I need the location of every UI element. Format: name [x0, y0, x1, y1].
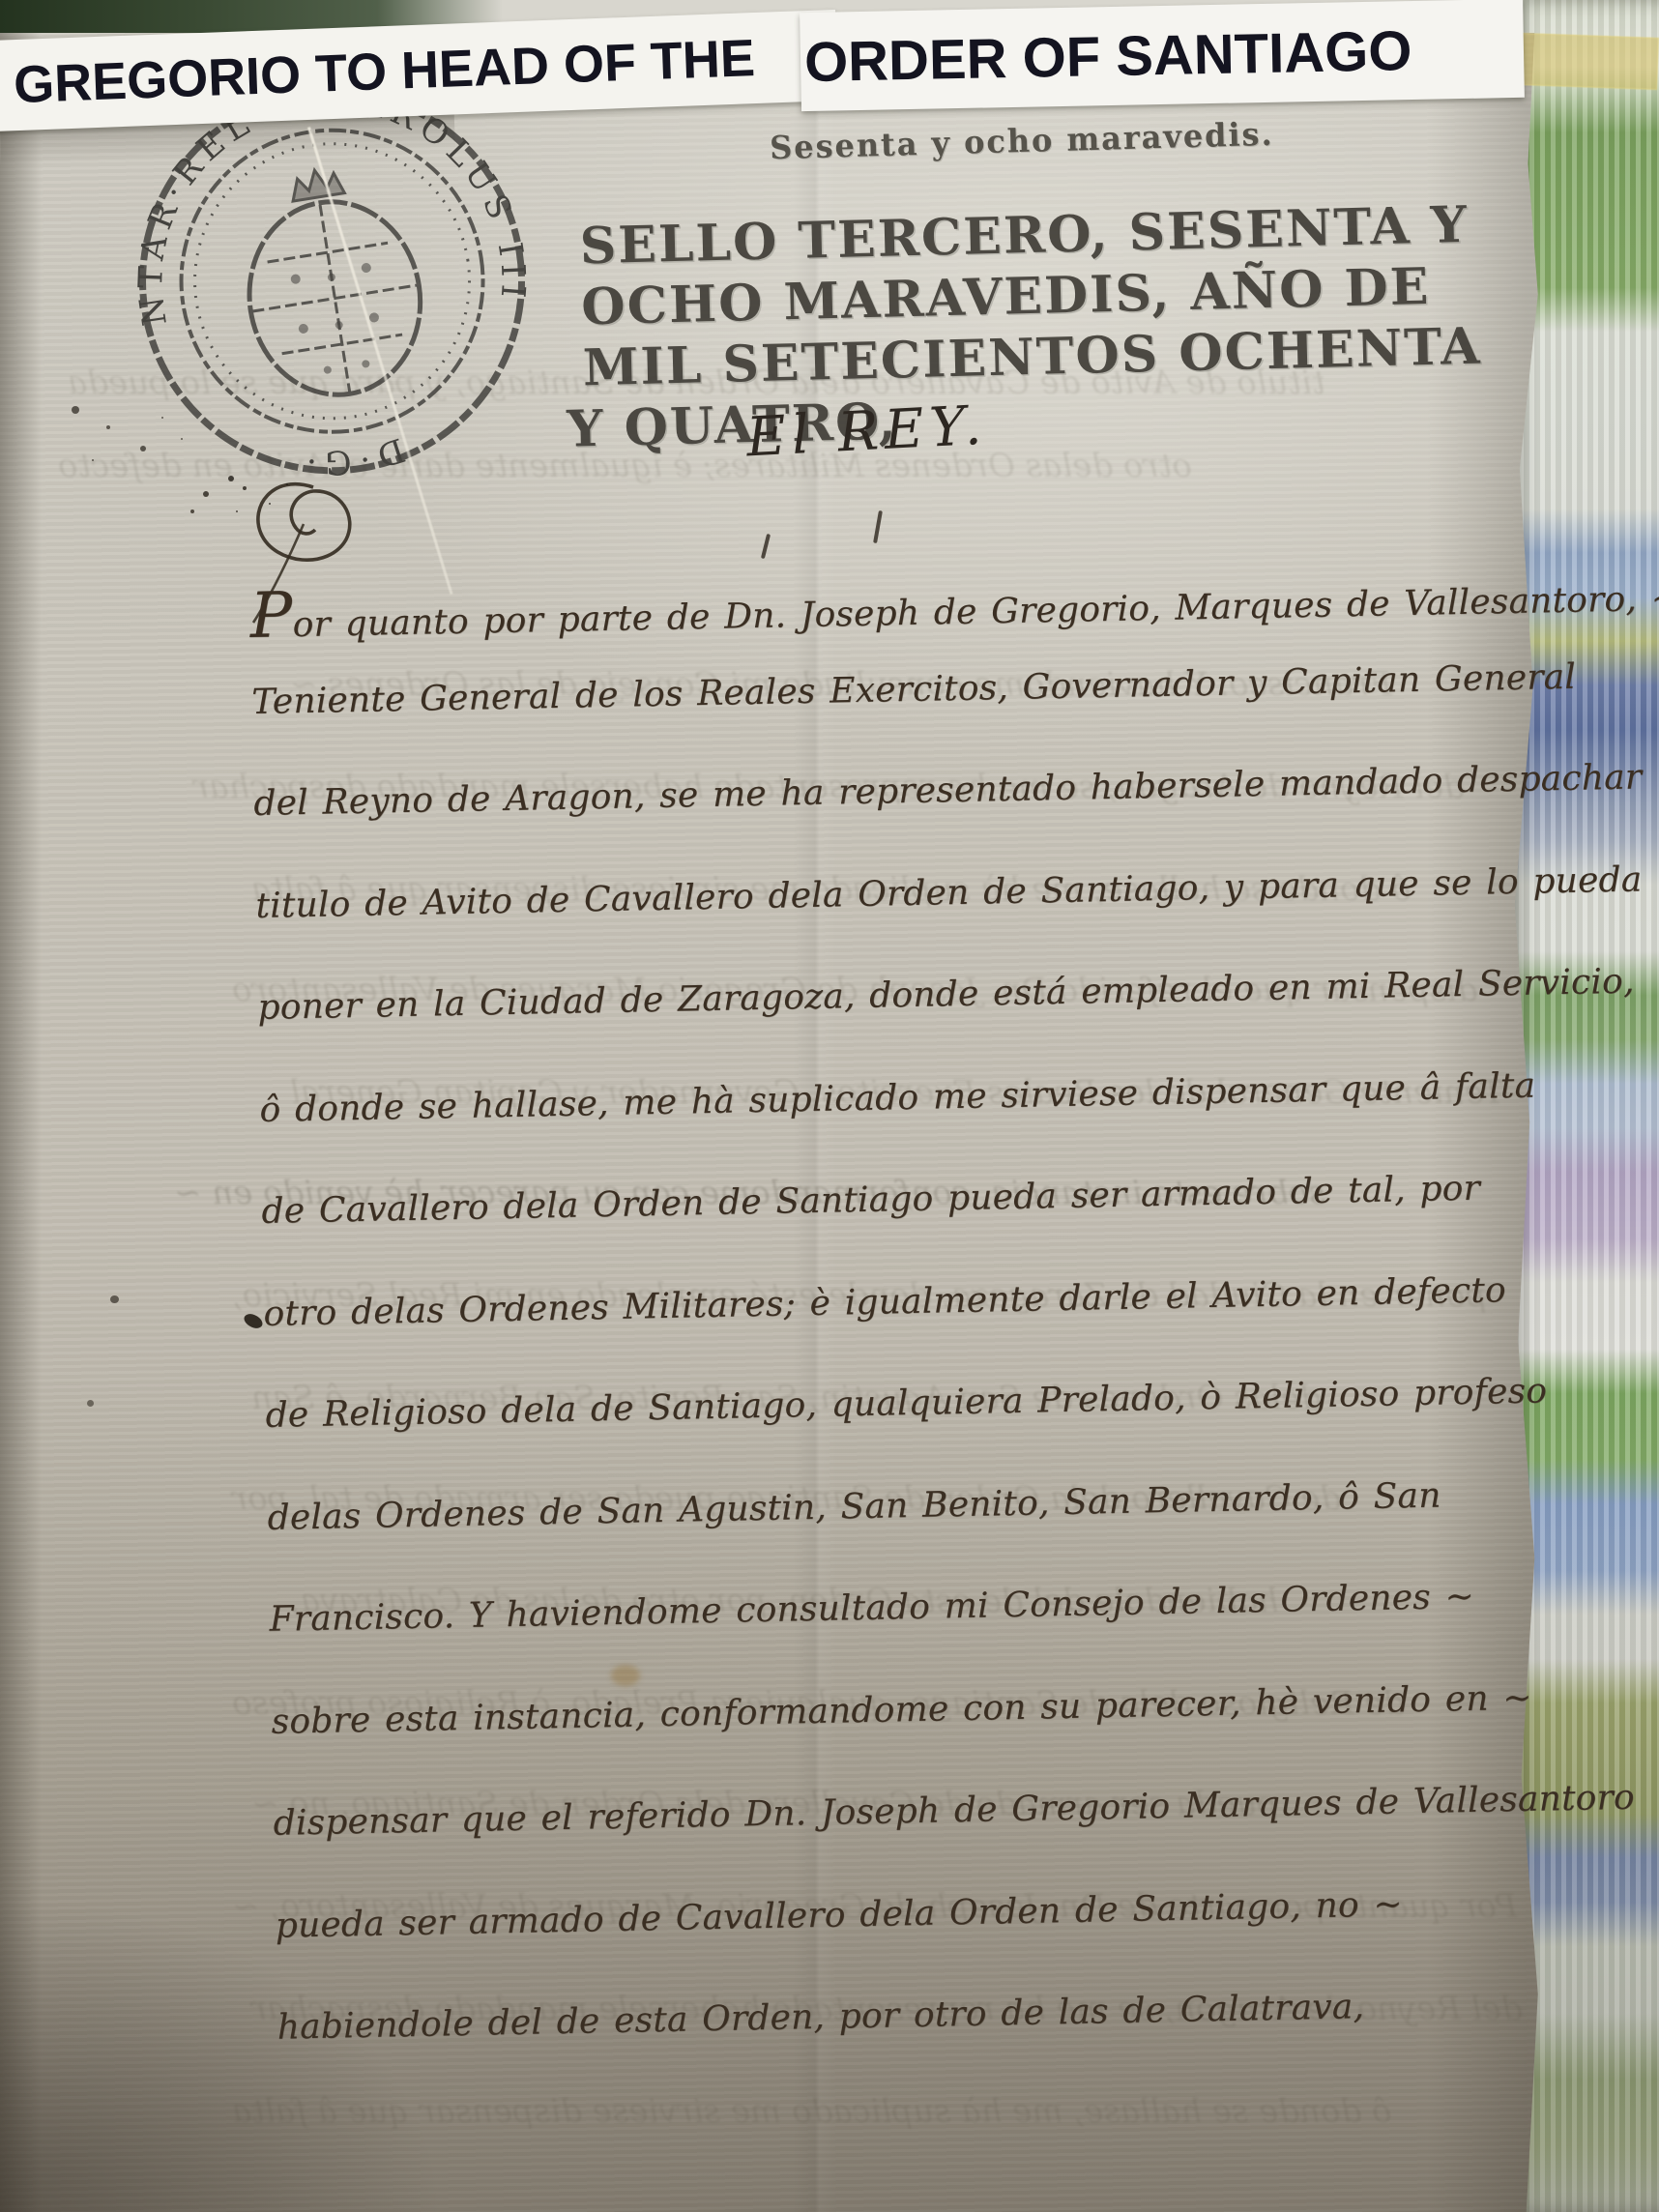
ink-speckles	[228, 476, 234, 481]
manuscript-body: Por quanto por parte de Dn. Joseph de Gr…	[249, 555, 1574, 2110]
tax-stamp-heading: SELLO TERCERO, SESENTA Y OCHO MARAVEDIS,…	[579, 194, 1484, 460]
ink-spot	[110, 1295, 119, 1303]
label-text: ORDER OF SANTIAGO	[803, 18, 1412, 95]
ink-spot	[87, 1400, 94, 1407]
photo-frame: { "colors": { "ink": "#3a2e22", "printed…	[0, 0, 1659, 2212]
heading-el-rey: El REY.	[744, 394, 988, 470]
fox-stain	[611, 1665, 640, 1686]
ink-spatter	[72, 406, 79, 414]
label-text: GREGORIO TO HEAD OF THE	[13, 28, 756, 115]
archival-label-right: ORDER OF SANTIAGO	[800, 0, 1525, 111]
